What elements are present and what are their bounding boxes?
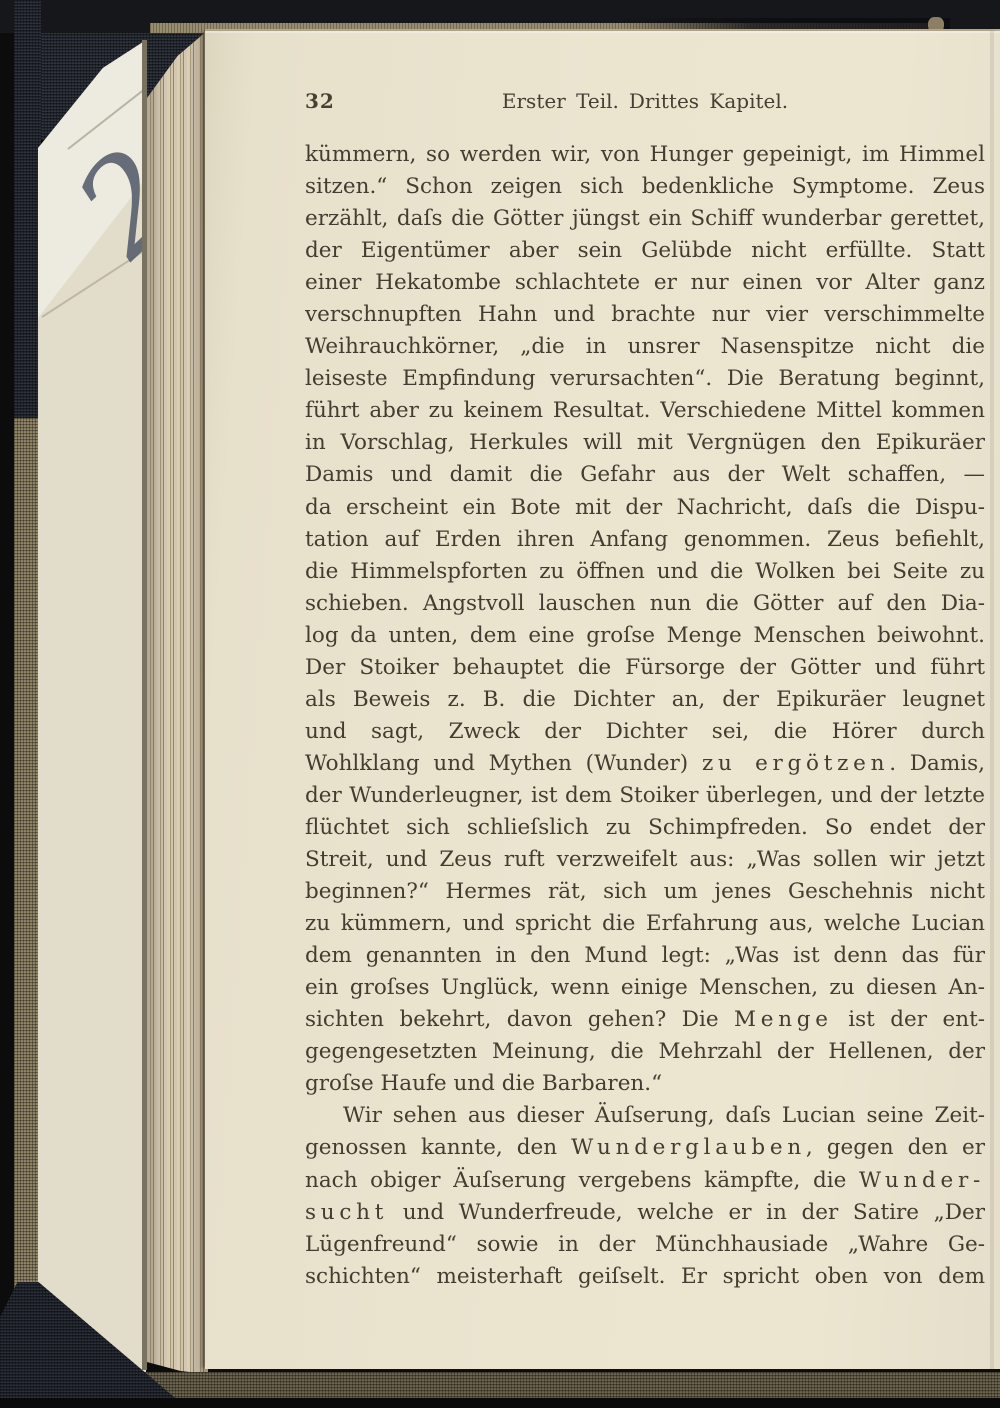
text-line: Wohlklang und Mythen (Wunder) zu ergötze… [305,748,985,780]
book-page: 32 Erster Teil. Drittes Kapitel. kümmern… [205,31,1000,1369]
text-line: als Beweis z. B. die Dichter an, der Epi… [305,684,985,716]
text-line: da erscheint ein Bote mit der Nachricht,… [305,492,985,524]
text-line: Damis und damit die Gefahr aus der Welt … [305,459,985,491]
text-line: leiseste Empfindung verursachten“. Die B… [305,363,985,395]
text-line: erzählt, daſs die Götter jüngst ein Schi… [305,203,985,235]
text-line: Weihrauchkörner, „die in unsrer Nasenspi… [305,331,985,363]
text-line: ein groſses Unglück, wenn einige Mensche… [305,972,985,1004]
text-line: der Eigentümer aber sein Gelübde nicht e… [305,235,985,267]
page-header: 32 Erster Teil. Drittes Kapitel. [305,89,985,119]
text-line: sucht und Wunderfreude, welche er in der… [305,1197,985,1229]
text-line: und sagt, Zweck der Dichter sei, die Hör… [305,716,985,748]
text-line: genossen kannte, den Wunderglauben, gege… [305,1132,985,1164]
text-line: gegengesetzten Meinung, die Mehrzahl der… [305,1036,985,1068]
book-photograph: 2 32 Erster Teil. Drittes Kapitel. kümme… [0,0,1000,1408]
text-block: kümmern, so werden wir, von Hunger gepei… [305,139,985,1293]
page-stack-shading [147,22,208,1374]
text-line: schichten“ meisterhaft geiſselt. Er spri… [305,1261,985,1293]
text-line: schieben. Angstvoll lauschen nun die Göt… [305,588,985,620]
text-line: verschnupften Hahn und brachte nur vier … [305,299,985,331]
text-line: sichten bekehrt, davon gehen? Die Menge … [305,1004,985,1036]
text-line: groſse Haufe und die Barbaren.“ [305,1068,985,1100]
text-line: Streit, und Zeus ruft verzweifelt aus: „… [305,844,985,876]
text-line: tation auf Erden ihren Anfang genommen. … [305,524,985,556]
text-line: Wir sehen aus dieser Äuſserung, daſs Luc… [305,1100,985,1132]
backdrop-bottom-band [0,1398,1000,1408]
gutter-shadow-line [142,40,147,1370]
text-line: flüchtet sich schlieſslich zu Schimpfred… [305,812,985,844]
text-line: dem genannten in den Mund legt: „Was ist… [305,940,985,972]
text-line: einer Hekatombe schlachtete er nur einen… [305,267,985,299]
text-line: in Vorschlag, Herkules will mit Vergnüge… [305,427,985,459]
text-line: führt aber zu keinem Resultat. Verschied… [305,395,985,427]
text-line: zu kümmern, und spricht die Erfahrung au… [305,908,985,940]
cover-tail-edge [118,1372,1000,1400]
text-line: log da unten, dem eine groſse Menge Mens… [305,620,985,652]
text-line: Lügenfreund“ sowie in der Münchhausiade … [305,1229,985,1261]
text-line: nach obiger Äuſserung vergebens kämpfte,… [305,1165,985,1197]
text-line: kümmern, so werden wir, von Hunger gepei… [305,139,985,171]
hinge-cloth-strip [14,418,41,1298]
running-header: Erster Teil. Drittes Kapitel. [305,89,985,113]
text-line: die Himmelspforten zu öffnen und die Wol… [305,556,985,588]
text-line: sitzen.“ Schon zeigen sich bedenkliche S… [305,171,985,203]
text-line: Der Stoiker behauptet die Fürsorge der G… [305,652,985,684]
cover-spine-edge-top [14,0,41,418]
text-line: der Wunderleugner, ist dem Stoiker überl… [305,780,985,812]
text-line: beginnen?“ Hermes rät, sich um jenes Ges… [305,876,985,908]
